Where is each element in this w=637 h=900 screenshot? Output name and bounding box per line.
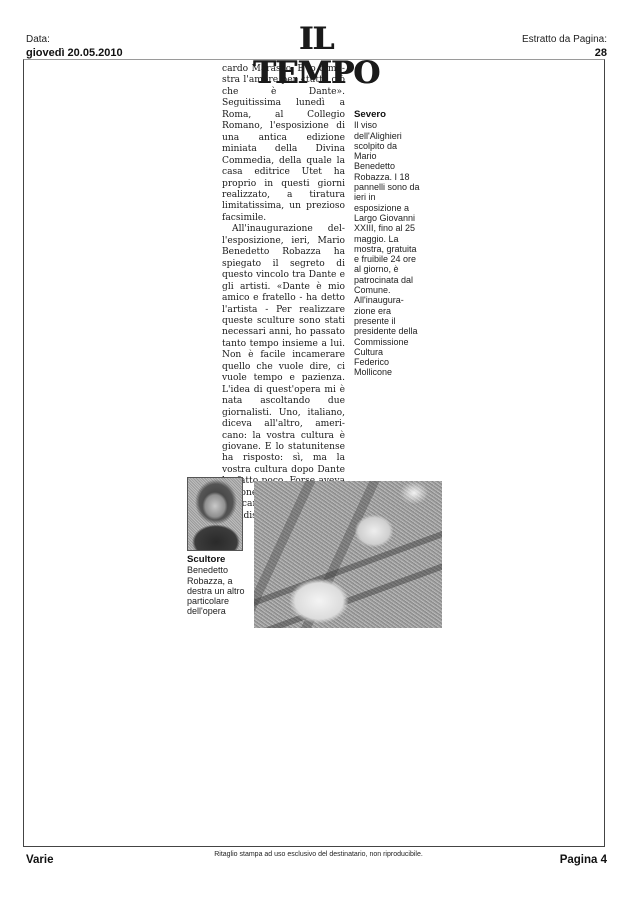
sidebar-caption-title: Severo [354, 110, 420, 120]
date-label: Data: [26, 34, 50, 45]
extract-page-number: 28 [595, 47, 607, 59]
portrait-photo [187, 477, 243, 551]
date-value: giovedì 20.05.2010 [26, 47, 123, 59]
portrait-caption: Scultore Benedetto Robazza, a destra un … [187, 555, 249, 617]
newspaper-masthead: IL TEMPO [236, 22, 396, 56]
footer-copyright-notice: Ritaglio stampa ad uso esclusivo del des… [0, 851, 637, 858]
portrait-caption-title: Scultore [187, 555, 249, 565]
extract-page-label: Estratto da Pagina: [522, 34, 607, 45]
sculpture-photo [254, 481, 442, 628]
footer-page-number: Pagina 4 [560, 854, 607, 866]
article-column: cardo Marasco. E lo dimo­stra l'amore pe… [222, 64, 345, 522]
article-paragraph: cardo Marasco. E lo dimo­stra l'amore pe… [222, 64, 345, 224]
sidebar-caption: Severo Il viso dell'Alighieri scolpito d… [354, 110, 420, 378]
portrait-caption-text: Benedetto Robazza, a destra un altro par… [187, 565, 245, 616]
sidebar-caption-text: Il viso dell'Alighieri scolpito da Mario… [354, 120, 420, 377]
